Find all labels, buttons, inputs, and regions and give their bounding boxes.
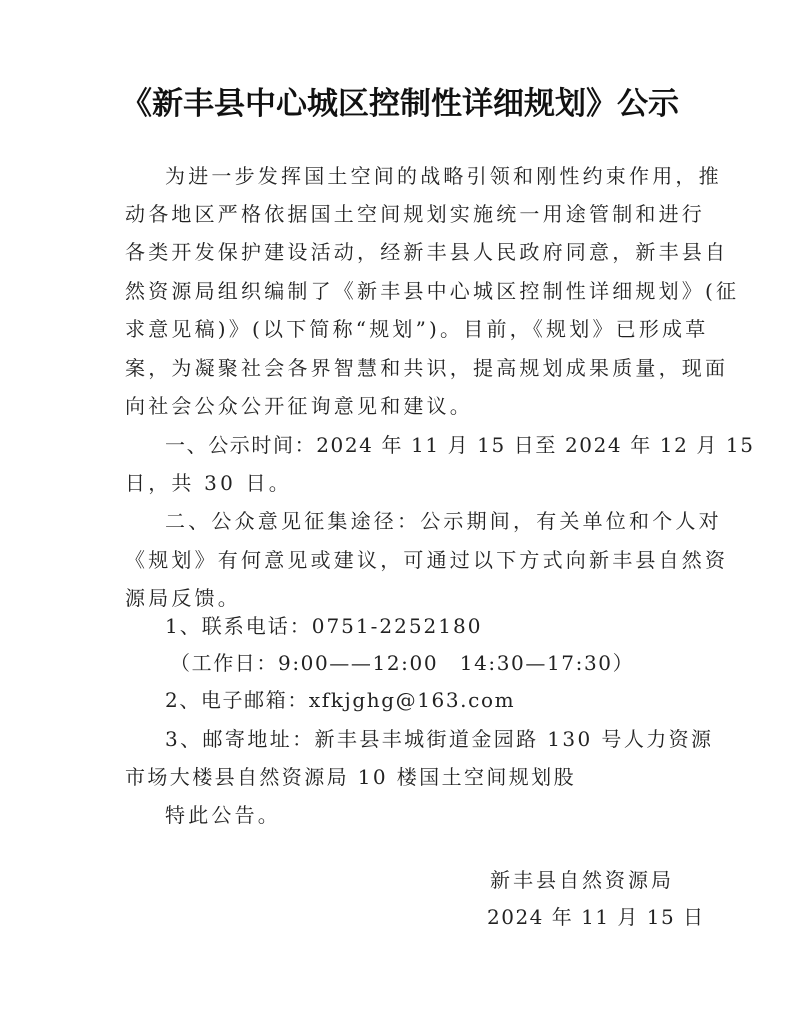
intro-line: 为进一步发挥国土空间的战略引领和刚性约束作用，推 [165,164,710,188]
section2-line: 《规划》有何意见或建议，可通过以下方式向新丰县自然资 [125,548,670,572]
contact-hours: （工作日：9:00——12:00 14:30—17:30） [170,651,715,675]
intro-line: 动各地区严格依据国土空间规划实施统一用途管制和进行 [125,202,670,226]
signature-date: 2024 年 11 月 15 日 [487,905,705,929]
intro-line: 各类开发保护建设活动，经新丰县人民政府同意，新丰县自 [125,240,670,264]
section1-line: 一、公示时间：2024 年 11 月 15 日至 2024 年 12 月 15 [165,433,710,457]
section1-line: 日，共 30 日。 [125,471,670,495]
intro-line: 案，为凝聚社会各界智慧和共识，提高规划成果质量，现面 [125,356,670,380]
signature-org: 新丰县自然资源局 [490,868,674,892]
contact-phone: 1、联系电话：0751-2252180 [165,614,710,638]
contact-address-line: 市场大楼县自然资源局 10 楼国土空间规划股 [125,765,670,789]
intro-line: 然资源局组织编制了《新丰县中心城区控制性详细规划》(征 [125,279,670,303]
section2-line: 二、公众意见征集途径：公示期间，有关单位和个人对 [165,509,710,533]
section2-line: 源局反馈。 [125,586,670,610]
intro-line: 求意见稿)》(以下简称“规划”)。目前，《规划》已形成草 [125,317,670,341]
contact-address-line: 3、邮寄地址：新丰县丰城街道金园路 130 号人力资源 [165,727,710,751]
document-title: 《新丰县中心城区控制性详细规划》公示 [0,78,800,123]
closing-statement: 特此公告。 [165,803,710,827]
intro-line: 向社会公众公开征询意见和建议。 [125,394,670,418]
contact-email: 2、电子邮箱：xfkjghg@163.com [165,688,710,712]
